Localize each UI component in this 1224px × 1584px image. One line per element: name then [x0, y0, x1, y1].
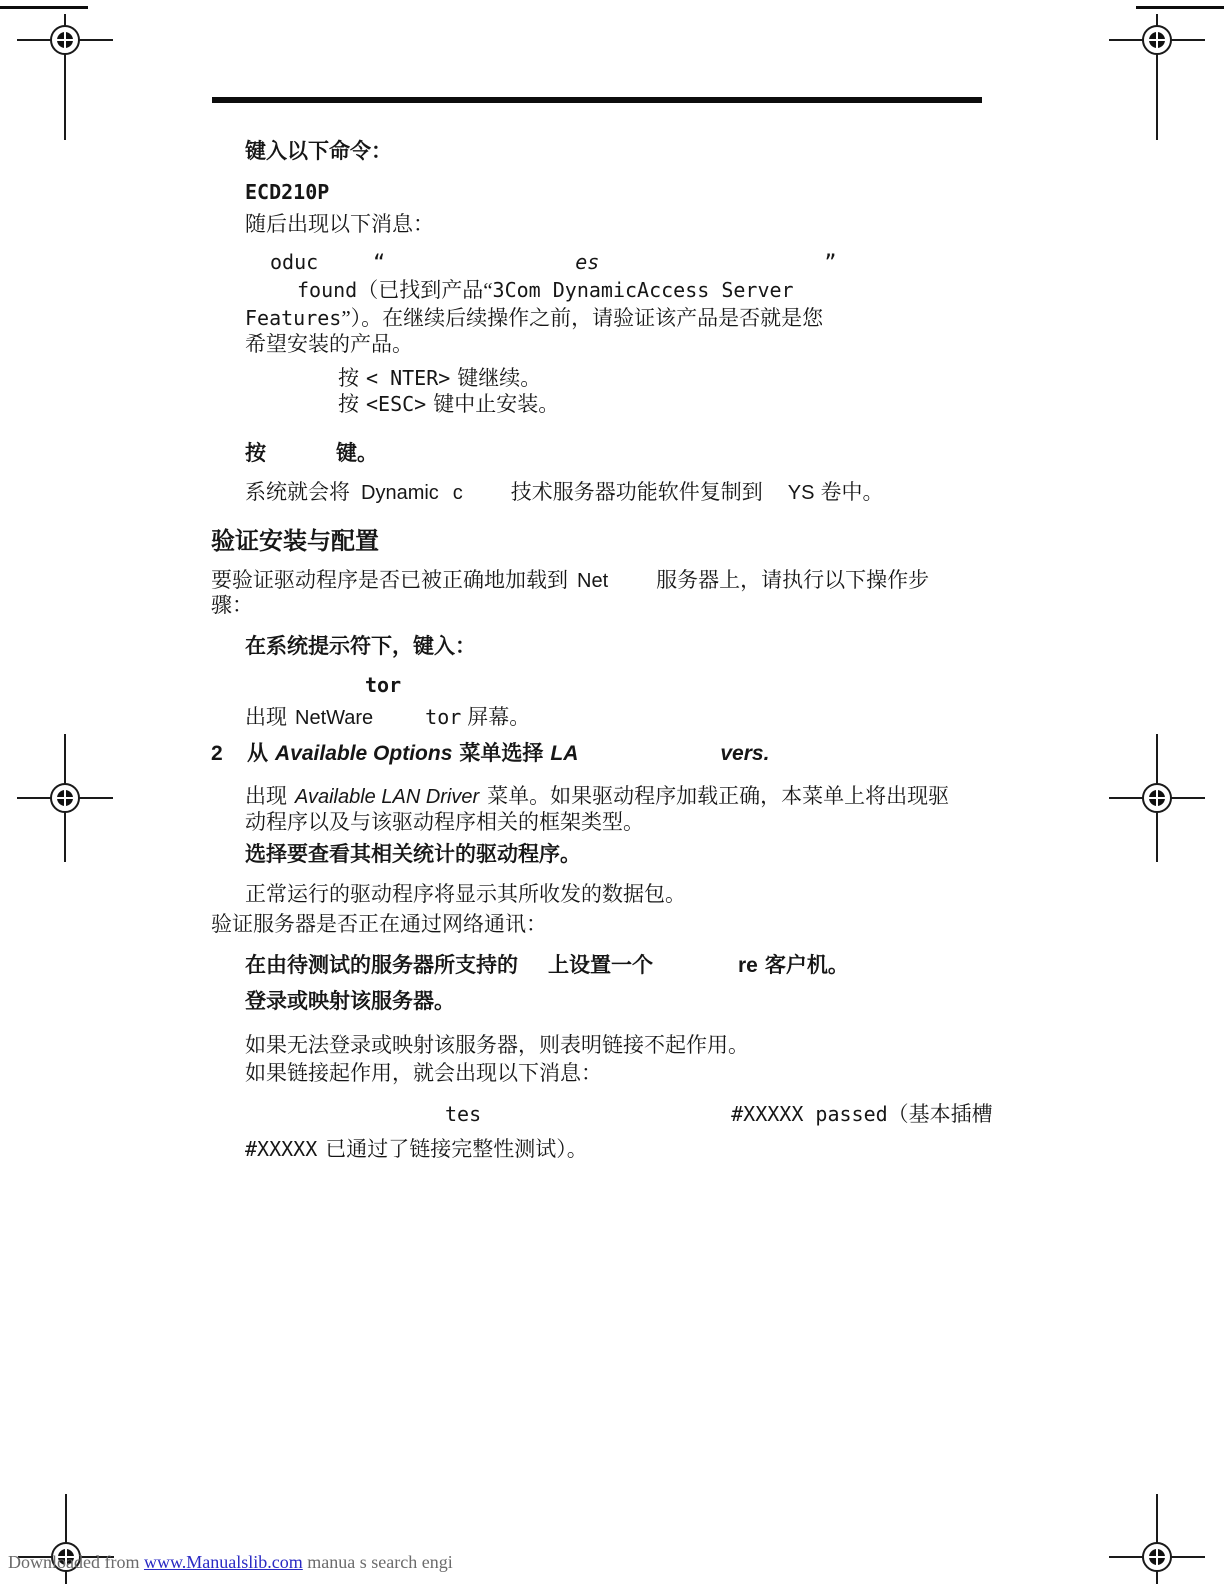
netware-word: NetWare: [295, 707, 373, 729]
manualslib-link[interactable]: www.Manualslib.com: [144, 1552, 303, 1572]
command-line: ECD210P: [245, 179, 329, 205]
product-name: 3Com DynamicAccess Server: [493, 278, 794, 302]
test-result-line-2: #XXXXX已通过了链接完整性测试）。: [245, 1136, 588, 1162]
verify-chinese: 服务器上，请执行以下操作步: [656, 568, 929, 592]
lan-chinese: 动程序以及与该驱动程序相关的框架类型。: [245, 810, 644, 834]
login-map-step: 登录或映射该服务器。: [245, 989, 455, 1015]
fail-line: 如果无法登录或映射该服务器，则表明链接不起作用。: [245, 1032, 749, 1058]
netware-screen-line: 出现NetWaretor屏幕。: [245, 704, 530, 731]
console-message-line-1: oduc“es”: [270, 249, 836, 275]
copy-chinese: 系统就会将: [245, 480, 350, 504]
heading-text: 键入以下命令：: [245, 140, 392, 163]
press-label: 按: [338, 366, 359, 390]
passed-fragment: #XXXXX passed: [731, 1102, 888, 1126]
slot-chinese: （基本插槽: [888, 1102, 993, 1126]
lan-chinese: 菜单。如果驱动程序加载正确，本菜单上将出现驱: [487, 784, 949, 808]
message-chinese: 希望安装的产品。: [245, 332, 413, 356]
prompt-step: 在系统提示符下，键入：: [245, 634, 476, 660]
press-text: 按: [245, 442, 266, 465]
appear-label: 出现: [245, 705, 287, 729]
tor-command-text: tor: [365, 673, 401, 697]
netware-fragment: Net: [577, 570, 608, 592]
verify-network-text: 验证服务器是否正在通过网络通讯：: [211, 912, 547, 936]
trim-line-top-right: [1136, 6, 1224, 9]
lan-driver-line-1: 出现Available LAN Driver菜单。如果驱动程序加载正确，本菜单上…: [245, 783, 949, 810]
message-fragment: Features: [245, 306, 341, 330]
close-quote: ”: [824, 250, 836, 274]
step-2-line: 2从Available Options菜单选择LAvers.: [211, 741, 769, 767]
tor-fragment: tor: [425, 705, 461, 729]
tes-fragment: tes: [445, 1102, 481, 1126]
copy-chinese: 技术服务器功能软件复制到: [511, 480, 763, 504]
section-heading: 验证安装与配置: [211, 527, 379, 557]
from-label: 从: [247, 742, 268, 765]
message-fragment: found: [297, 278, 357, 302]
verify-chinese: 骤：: [211, 593, 253, 617]
test-result-line-1: tes#XXXXX passed（基本插槽: [445, 1101, 993, 1127]
type-command-heading: 键入以下命令：: [245, 139, 392, 165]
open-quote: “: [373, 250, 385, 274]
option-enter-line: 按< NTER>键继续。: [338, 365, 541, 391]
option-esc-line: 按<ESC>键中止安装。: [338, 391, 559, 417]
console-message-line-3: Features”）。在继续后续操作之前，请验证该产品是否就是您: [245, 305, 823, 331]
verify-chinese: 要验证驱动程序是否已被正确地加载到: [211, 568, 568, 592]
available-options-label: Available Options: [275, 742, 452, 765]
footer-prefix: Downloaded from: [8, 1552, 144, 1572]
slot-id-fragment: #XXXXX: [245, 1137, 317, 1161]
select-driver-step: 选择要查看其相关统计的驱动程序。: [245, 842, 581, 868]
screen-label: 屏幕。: [467, 705, 530, 729]
prompt-step-text: 在系统提示符下，键入：: [245, 635, 476, 658]
footer-suffix: manua s search engi: [303, 1552, 453, 1572]
sys-volume: YS: [788, 482, 815, 504]
drivers-fragment: vers.: [720, 742, 769, 765]
appear-label: 出现: [245, 784, 287, 808]
login-map-text: 登录或映射该服务器。: [245, 990, 455, 1013]
console-message-line-4: 希望安装的产品。: [245, 331, 413, 357]
scanned-manual-page: 键入以下命令： ECD210P 随后出现以下消息： oduc“es” found…: [0, 0, 1224, 1584]
command-text: ECD210P: [245, 180, 329, 204]
message-intro-text: 随后出现以下消息：: [245, 212, 434, 236]
press-key-step: 按键。: [245, 441, 378, 467]
passed-chinese: 已通过了链接完整性测试）。: [325, 1137, 588, 1161]
message-fragment: es: [575, 250, 599, 274]
packets-text: 正常运行的驱动程序将显示其所收发的数据包。: [245, 882, 686, 906]
packets-line: 正常运行的驱动程序将显示其所收发的数据包。: [245, 881, 686, 907]
message-chinese: （已找到产品“: [357, 278, 492, 302]
esc-key: <ESC>: [366, 392, 426, 416]
enter-key: < NTER>: [366, 366, 450, 390]
select-driver-text: 选择要查看其相关统计的驱动程序。: [245, 843, 581, 866]
setup-client-step: 在由待测试的服务器所支持的上设置一个re客户机。: [245, 953, 849, 979]
lan-driver-line-2: 动程序以及与该驱动程序相关的框架类型。: [245, 809, 644, 835]
letter-c: c: [453, 482, 463, 504]
tor-command-line: tor: [365, 672, 401, 698]
success-line: 如果链接起作用，就会出现以下消息：: [245, 1060, 602, 1086]
fail-text: 如果无法登录或映射该服务器，则表明链接不起作用。: [245, 1033, 749, 1057]
press-label: 按: [338, 392, 359, 416]
setup-chinese: 上设置一个: [548, 954, 653, 977]
copy-chinese: 卷中。: [820, 480, 883, 504]
trim-line-top-left: [0, 6, 88, 9]
success-text: 如果链接起作用，就会出现以下消息：: [245, 1061, 602, 1085]
section-heading-text: 验证安装与配置: [211, 528, 379, 555]
continue-label: 键继续。: [457, 366, 541, 390]
verify-network-line: 验证服务器是否正在通过网络通讯：: [211, 911, 547, 937]
dynamic-word: Dynamic: [361, 482, 439, 504]
console-message-line-2: found（已找到产品“3Com DynamicAccess Server: [297, 277, 794, 303]
step-number: 2: [211, 741, 247, 767]
message-chinese: ”）。在继续后续操作之前，请验证该产品是否就是您: [341, 306, 823, 330]
manualslib-footer: Downloaded from www.Manualslib.com manua…: [8, 1552, 453, 1573]
setup-chinese: 在由待测试的服务器所支持的: [245, 954, 518, 977]
message-intro-line: 随后出现以下消息：: [245, 211, 434, 237]
message-fragment: oduc: [270, 250, 318, 274]
client-label: 客户机。: [765, 954, 849, 977]
verify-intro-line-2: 骤：: [211, 592, 253, 618]
top-rule: [212, 97, 982, 103]
verify-intro-line-1: 要验证驱动程序是否已被正确地加载到Net服务器上，请执行以下操作步: [211, 567, 929, 594]
copy-result-line: 系统就会将Dynamicc技术服务器功能软件复制到YS卷中。: [245, 479, 883, 506]
key-text: 键。: [336, 442, 378, 465]
abort-label: 键中止安装。: [433, 392, 559, 416]
ware-fragment: re: [738, 954, 758, 977]
menu-select-label: 菜单选择: [459, 742, 543, 765]
lan-driver-menu-name: Available LAN Driver: [295, 786, 479, 808]
lan-fragment: LA: [550, 742, 578, 765]
